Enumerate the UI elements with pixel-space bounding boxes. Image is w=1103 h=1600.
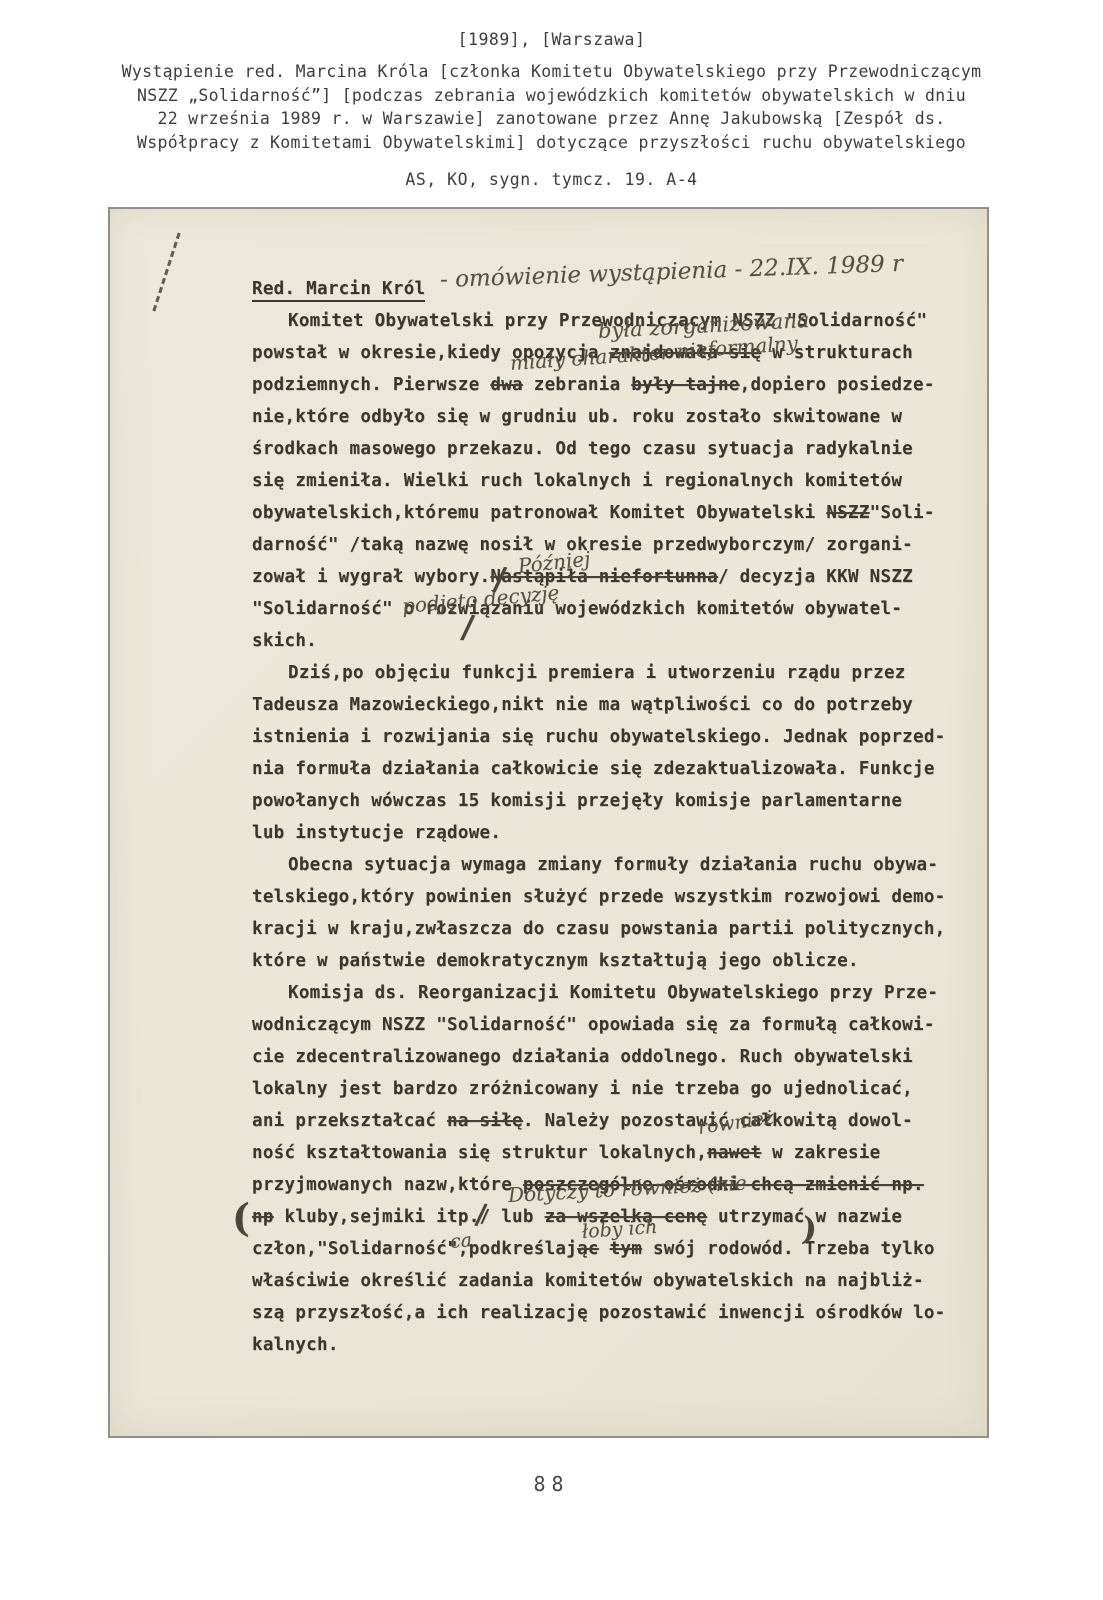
typed-text: kluby,sejmiki itp./ lub: [274, 1207, 545, 1227]
typed-line: Komisja ds. Reorganizacji Komitetu Obywa…: [252, 977, 958, 1009]
typed-text: środkach masowego przekazu. Od tego czas…: [252, 439, 913, 459]
header-description-line: 22 września 1989 r. w Warszawie] zanotow…: [0, 107, 1103, 131]
typed-line: ani przekształcać na siłę. Należy pozost…: [252, 1105, 958, 1137]
typed-line: się zmieniła. Wielki ruch lokalnych i re…: [252, 465, 958, 497]
typed-line: powołanych wówczas 15 komisji przejęły k…: [252, 785, 958, 817]
typed-text: "Soli-: [870, 503, 935, 523]
underlined-heading-text: Red. Marcin Król: [252, 279, 425, 302]
page-number: 88: [0, 1472, 1103, 1496]
typed-text: szą przyszłość,a ich realizację pozostaw…: [252, 1303, 946, 1323]
typed-line: środkach masowego przekazu. Od tego czas…: [252, 433, 958, 465]
header-description-line: Wystąpienie red. Marcina Króla [członka …: [0, 60, 1103, 84]
struck-text: dwa: [490, 375, 523, 395]
struck-text: nawet: [707, 1143, 761, 1163]
typed-text: powołanych wówczas 15 komisji przejęły k…: [252, 791, 902, 811]
annotation-ca: ca: [449, 1229, 473, 1253]
typed-text: / decyzja KKW NSZZ: [718, 567, 913, 587]
typed-text: lub instytucje rządowe.: [252, 823, 501, 843]
typed-line: podziemnych. Pierwsze dwa zebrania były …: [252, 369, 958, 401]
typed-text: cie zdecentralizowanego działania oddoln…: [252, 1047, 913, 1067]
header-description-line: NSZZ „Solidarność”] [podczas zebrania wo…: [0, 84, 1103, 108]
typed-line: Dziś,po objęciu funkcji premiera i utwor…: [252, 657, 958, 689]
typed-text: kracji w kraju,zwłaszcza do czasu powsta…: [252, 919, 946, 939]
typed-line: kalnych.: [252, 1329, 958, 1361]
typed-text: Tadeusza Mazowieckiego,nikt nie ma wątpl…: [252, 695, 913, 715]
typed-text: lokalny jest bardzo zróżnicowany i nie t…: [252, 1079, 913, 1099]
typed-line: cie zdecentralizowanego działania oddoln…: [252, 1041, 958, 1073]
typed-text: człon,"Solidarność",podkreślaj: [252, 1239, 577, 1259]
typed-line: nie,które odbyło się w grudniu ub. roku …: [252, 401, 958, 433]
typed-text: nia formuła działania całkowicie się zde…: [252, 759, 935, 779]
typed-text: skich.: [252, 631, 317, 651]
typed-text: które w państwie demokratycznym kształtu…: [252, 951, 859, 971]
typed-text: [599, 1239, 610, 1259]
archive-reference: AS, KO, sygn. tymcz. 19. A-4: [0, 170, 1103, 189]
struck-text: NSZZ: [826, 503, 869, 523]
typed-line: wodniczącym NSZZ "Solidarność" opowiada …: [252, 1009, 958, 1041]
typed-line: darność" /taką nazwę nosił w okresie prz…: [252, 529, 958, 561]
typed-line: skich.: [252, 625, 958, 657]
typed-text: swój rodowód. Trzeba tylko: [642, 1239, 935, 1259]
typed-text: ani przekształcać: [252, 1111, 447, 1131]
typed-text: nie,które odbyło się w grudniu ub. roku …: [252, 407, 902, 427]
typed-text: telskiego,który powinien służyć przede w…: [252, 887, 946, 907]
typed-line: "Solidarność" o rozwiązaniu wojewódzkich…: [252, 593, 958, 625]
typed-line: właściwie określić zadania komitetów oby…: [252, 1265, 958, 1297]
typed-line: nia formuła działania całkowicie się zde…: [252, 753, 958, 785]
typed-line: telskiego,który powinien służyć przede w…: [252, 881, 958, 913]
typed-text: "Solidarność" o rozwiązaniu wojewódzkich…: [252, 599, 902, 619]
struck-text: na siłę: [447, 1111, 523, 1131]
typed-text: obywatelskich,któremu patronował Komitet…: [252, 503, 826, 523]
annotation-open-paren: (: [232, 1195, 250, 1240]
struck-text: były tajne: [631, 375, 739, 395]
typed-line: zował i wygrał wybory.Nastąpiła niefortu…: [252, 561, 958, 593]
typed-line: szą przyszłość,a ich realizację pozostaw…: [252, 1297, 958, 1329]
scan-scratch-mark: [152, 233, 180, 312]
typed-text: Komisja ds. Reorganizacji Komitetu Obywa…: [288, 983, 938, 1003]
typed-text: istnienia i rozwijania się ruchu obywate…: [252, 727, 946, 747]
typed-text: podziemnych. Pierwsze: [252, 375, 490, 395]
typed-text: kalnych.: [252, 1335, 339, 1355]
header-description: Wystąpienie red. Marcina Króla [członka …: [0, 60, 1103, 154]
dateline: [1989], [Warszawa]: [0, 30, 1103, 49]
typed-text: zebrania: [523, 375, 631, 395]
typed-text: w zakresie: [761, 1143, 880, 1163]
typed-line: kracji w kraju,zwłaszcza do czasu powsta…: [252, 913, 958, 945]
document-header: [1989], [Warszawa] Wystąpienie red. Marc…: [0, 30, 1103, 189]
typed-line: ność kształtowania się struktur lokalnyc…: [252, 1137, 958, 1169]
typed-line: Obecna sytuacja wymaga zmiany formuły dz…: [252, 849, 958, 881]
typed-line: istnienia i rozwijania się ruchu obywate…: [252, 721, 958, 753]
typed-line: które w państwie demokratycznym kształtu…: [252, 945, 958, 977]
struck-text: np: [252, 1207, 274, 1227]
typed-line: obywatelskich,któremu patronował Komitet…: [252, 497, 958, 529]
typed-text: przyjmowanych nazw,które: [252, 1175, 523, 1195]
typed-text: Dziś,po objęciu funkcji premiera i utwor…: [288, 663, 906, 683]
typed-text: ,dopiero posiedze-: [740, 375, 935, 395]
typed-line: Tadeusza Mazowieckiego,nikt nie ma wątpl…: [252, 689, 958, 721]
header-description-line: Współpracy z Komitetami Obywatelskimi] d…: [0, 131, 1103, 155]
struck-text: tym: [610, 1239, 643, 1259]
typed-text: Obecna sytuacja wymaga zmiany formuły dz…: [288, 855, 938, 875]
typed-line: lub instytucje rządowe.: [252, 817, 958, 849]
typed-text: ność kształtowania się struktur lokalnyc…: [252, 1143, 707, 1163]
typed-text: zował i wygrał wybory.: [252, 567, 490, 587]
scanned-page: Red. Marcin KrólKomitet Obywatelski przy…: [108, 207, 989, 1438]
typed-line: lokalny jest bardzo zróżnicowany i nie t…: [252, 1073, 958, 1105]
typed-text: się zmieniła. Wielki ruch lokalnych i re…: [252, 471, 902, 491]
typed-text: wodniczącym NSZZ "Solidarność" opowiada …: [252, 1015, 935, 1035]
typed-text: właściwie określić zadania komitetów oby…: [252, 1271, 924, 1291]
